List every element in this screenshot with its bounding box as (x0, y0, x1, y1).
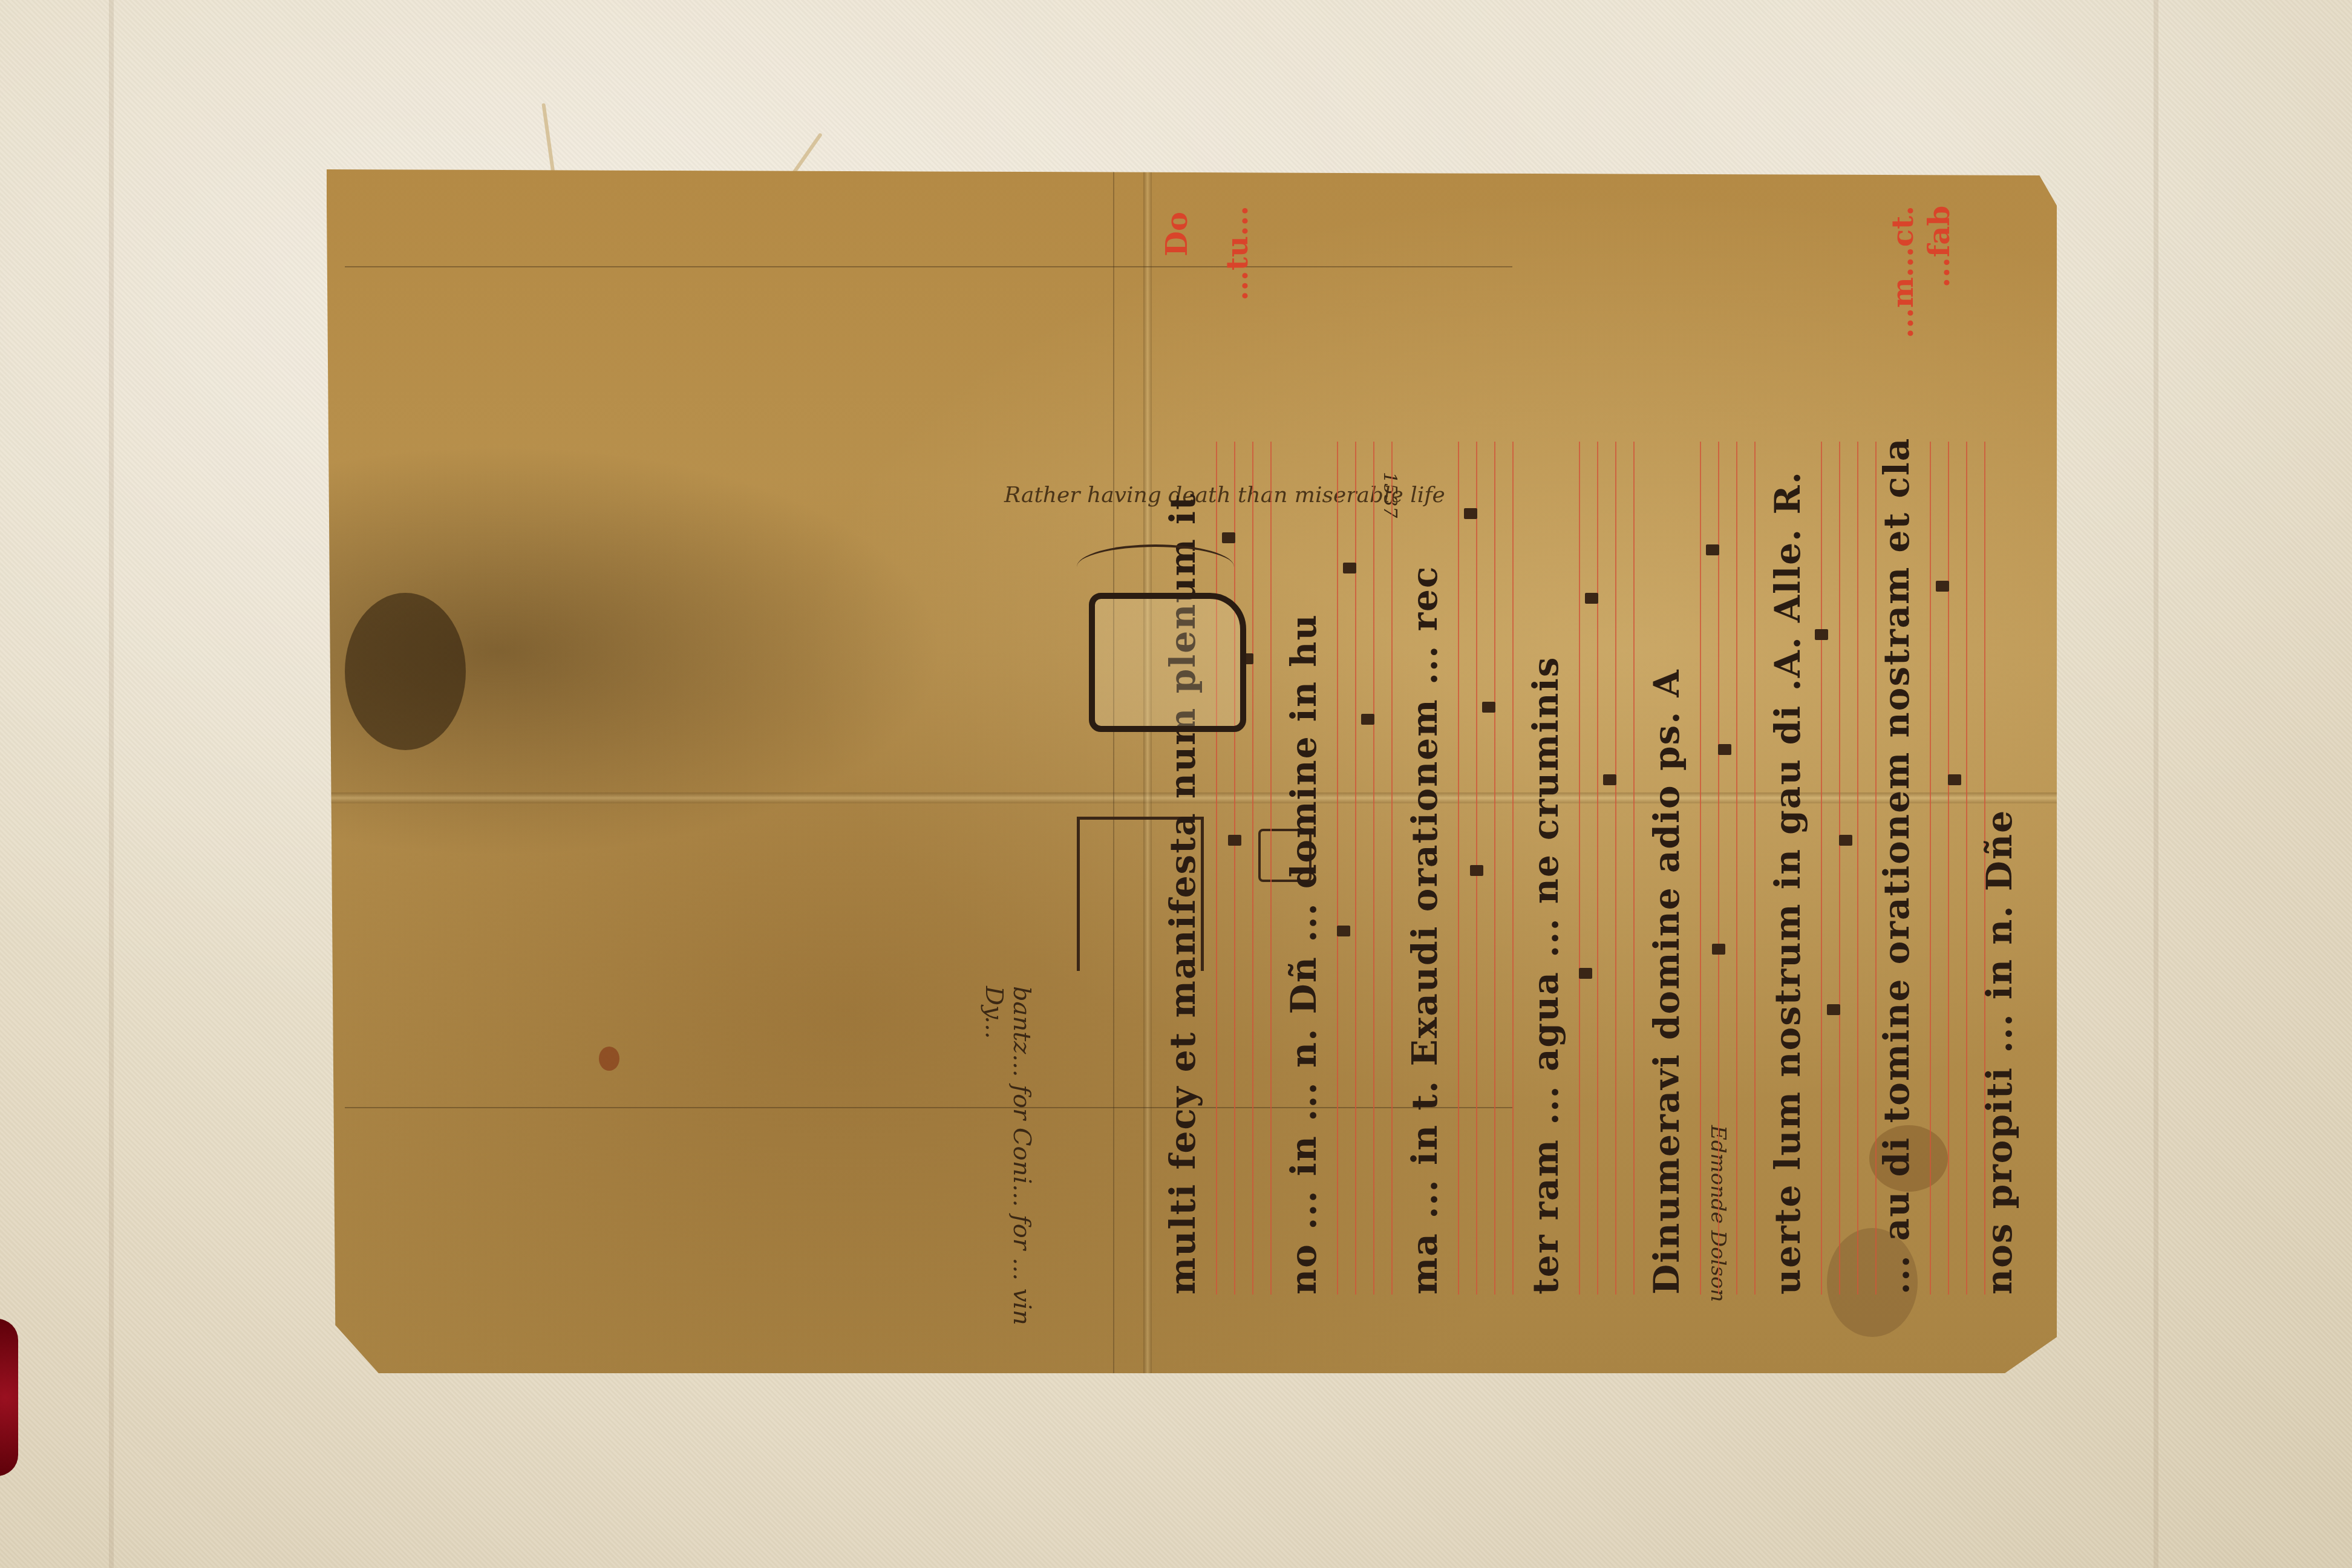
chant-text: no ... in ... n. Dñ ... domine in hu (1282, 442, 1325, 1295)
red-object-corner (0, 1319, 18, 1476)
chant-text: ... au di tomine orationem nostram et cl… (1875, 442, 1918, 1295)
red-spot (599, 1047, 619, 1071)
staff-system: uerte lum nostrum in gau di .A. Alle. R. (1766, 442, 1893, 1295)
rubric: ...fab (1924, 206, 1956, 287)
chant-text: ma ... in t. Exaudi orationem ... rec (1403, 442, 1446, 1295)
rubric: Do (1161, 212, 1194, 256)
cloth-fold (2154, 0, 2158, 1568)
staff-system: ter ram ... agua ... ne cruminis (1524, 442, 1651, 1295)
manuscript-leaf: Rather having death than miserable life … (327, 169, 2057, 1373)
dark-stain (345, 593, 466, 750)
decorated-initial (1089, 593, 1246, 732)
rubric: ...m...ct. (1887, 206, 1919, 338)
pen-trials: bantz... for Coni... for ... vin Dy... (980, 986, 1036, 1373)
ruled-line (1113, 169, 1114, 1373)
chant-text: nos propiti ... in n. Dñe (1978, 442, 2020, 1295)
center-crease (1143, 169, 1152, 1373)
cloth-fold (109, 0, 114, 1568)
chant-text: ter ram ... agua ... ne cruminis (1524, 442, 1567, 1295)
staff-system: ma ... in t. Exaudi orationem ... rec (1403, 442, 1530, 1295)
rubric: ...tu... (1222, 206, 1254, 301)
chant-text: Dinumeravi domine adio ps. A (1645, 442, 1688, 1295)
chant-text: uerte lum nostrum in gau di .A. Alle. R. (1766, 442, 1809, 1295)
music-notation-area: Do ...tu... ...fab ...m...ct. multi fecy… (1186, 169, 2057, 1373)
initial-crown-flourish (1077, 544, 1234, 589)
staff-system: Dinumeravi domine adio ps. A (1645, 442, 1772, 1295)
